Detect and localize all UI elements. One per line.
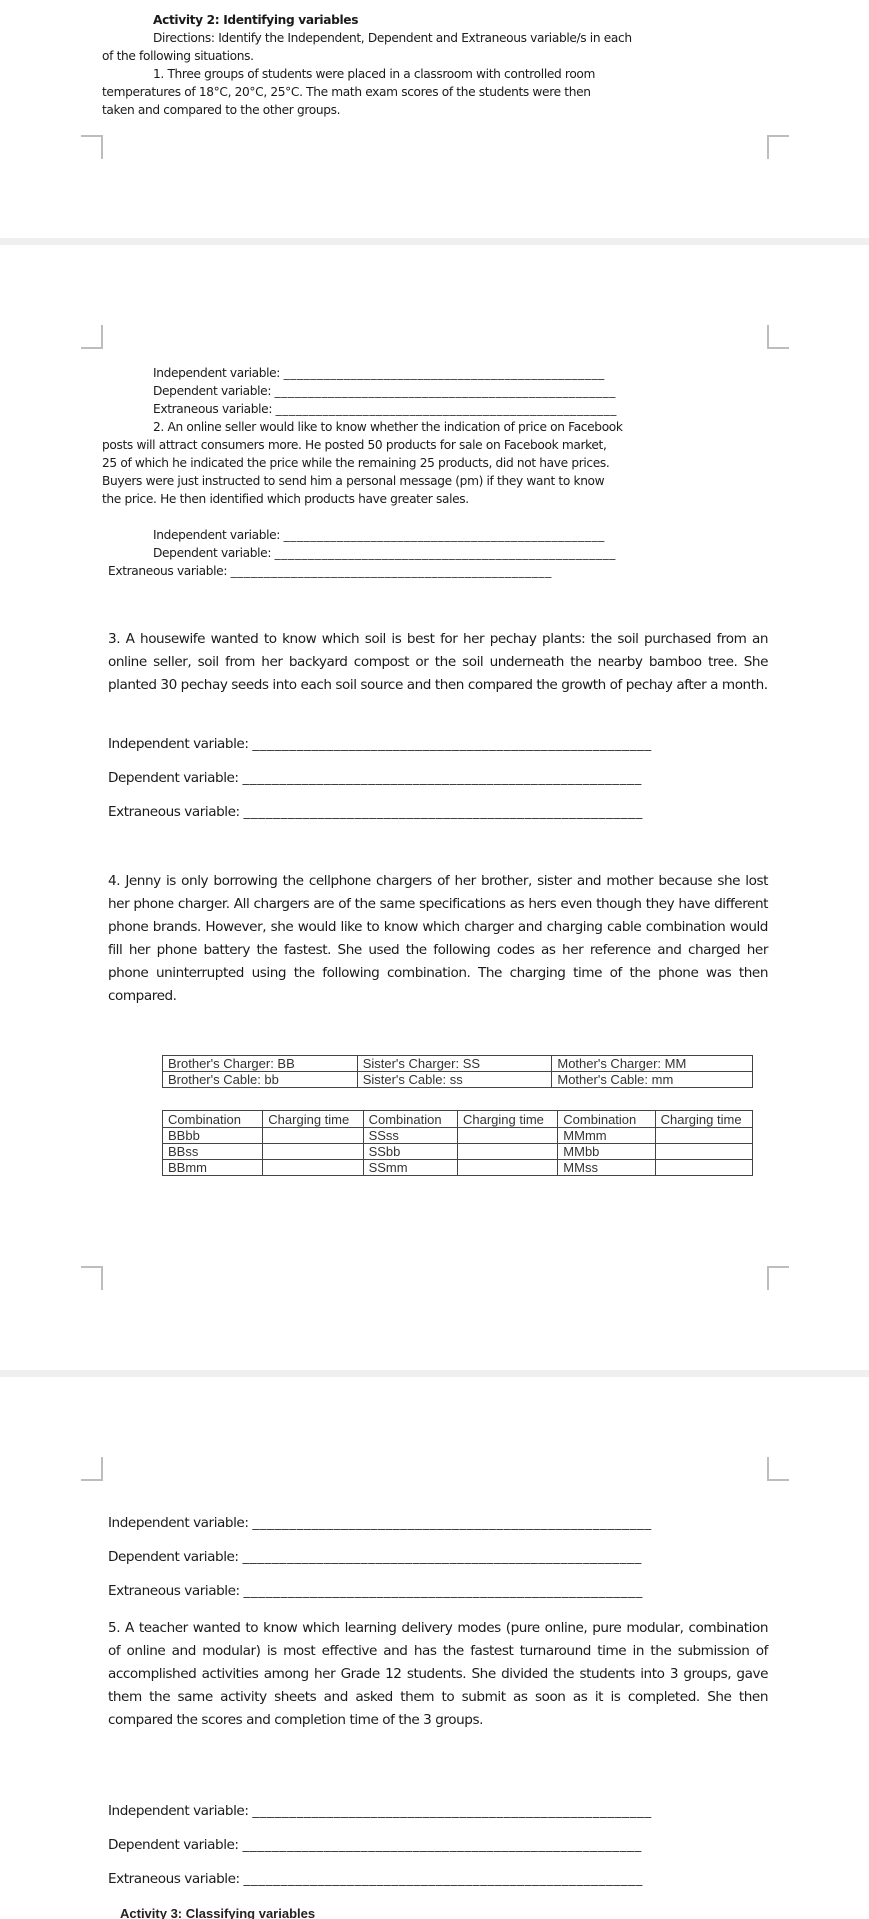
answer-blank[interactable]: ________________________________________… <box>252 1800 651 1823</box>
page-corner-mark <box>767 325 789 349</box>
q1-extraneous-field[interactable]: Extraneous variable: ___________________… <box>153 400 617 418</box>
answer-blank[interactable]: ________________________________________… <box>244 1868 643 1891</box>
extraneous-label: Extraneous variable: <box>108 804 240 820</box>
q2-line2: posts will attract consumers more. He po… <box>102 436 607 454</box>
charging-time-cell[interactable] <box>263 1128 363 1144</box>
q1-line1: 1. Three groups of students were placed … <box>153 65 595 83</box>
column-header: Combination <box>163 1111 263 1128</box>
page-corner-mark <box>81 1266 103 1290</box>
q2-line3: 25 of which he indicated the price while… <box>102 454 609 472</box>
charging-time-cell[interactable] <box>457 1160 557 1176</box>
answer-blank[interactable]: ________________________________________… <box>275 382 616 400</box>
q2-independent-field[interactable]: Independent variable: __________________… <box>153 526 605 544</box>
answer-blank[interactable]: ________________________________________… <box>244 1580 643 1603</box>
page-corner-mark <box>81 135 103 159</box>
dependent-label: Dependent variable: <box>153 384 271 398</box>
extraneous-label: Extraneous variable: <box>108 1583 240 1599</box>
extraneous-label: Extraneous variable: <box>153 402 272 416</box>
q5-dependent-field[interactable]: Dependent variable: ____________________… <box>108 1834 642 1857</box>
charging-time-cell[interactable] <box>655 1160 752 1176</box>
combination-cell: MMbb <box>558 1144 655 1160</box>
table-row: BBssSSbbMMbb <box>163 1144 753 1160</box>
combination-cell: MMss <box>558 1160 655 1176</box>
independent-label: Independent variable: <box>108 1803 248 1819</box>
answer-blank[interactable]: ________________________________________… <box>242 1546 641 1569</box>
charger-codes-table: Brother's Charger: BBSister's Charger: S… <box>162 1055 753 1088</box>
page-corner-mark <box>767 1266 789 1290</box>
charging-time-cell[interactable] <box>457 1144 557 1160</box>
q2-extraneous-field[interactable]: Extraneous variable: ___________________… <box>108 562 552 580</box>
answer-blank[interactable]: ________________________________________… <box>276 400 617 418</box>
extraneous-label: Extraneous variable: <box>108 1871 240 1887</box>
dependent-label: Dependent variable: <box>108 1837 239 1853</box>
q4-independent-field[interactable]: Independent variable: __________________… <box>108 1512 652 1535</box>
table-cell: Mother's Cable: mm <box>552 1072 753 1088</box>
charging-time-cell[interactable] <box>263 1144 363 1160</box>
answer-blank[interactable]: ________________________________________… <box>275 544 616 562</box>
activity3-title: Activity 3: Classifying variables <box>120 1906 315 1919</box>
answer-blank[interactable]: ________________________________________… <box>242 767 641 790</box>
q3-independent-field[interactable]: Independent variable: __________________… <box>108 733 652 756</box>
q2-line4: Buyers were just instructed to send him … <box>102 472 604 490</box>
combination-cell: SSss <box>363 1128 457 1144</box>
charging-time-cell[interactable] <box>655 1128 752 1144</box>
answer-blank[interactable]: ________________________________________… <box>252 733 651 756</box>
table-cell: Brother's Cable: bb <box>163 1072 358 1088</box>
page-break <box>0 1370 869 1377</box>
dependent-label: Dependent variable: <box>108 770 239 786</box>
answer-blank[interactable]: ________________________________________… <box>284 526 605 544</box>
charging-time-cell[interactable] <box>263 1160 363 1176</box>
page-corner-mark <box>81 325 103 349</box>
directions-line2: of the following situations. <box>102 47 254 65</box>
table-cell: Brother's Charger: BB <box>163 1056 358 1072</box>
independent-label: Independent variable: <box>108 736 248 752</box>
q5-independent-field[interactable]: Independent variable: __________________… <box>108 1800 652 1823</box>
activity2-title: Activity 2: Identifying variables <box>153 11 358 29</box>
answer-blank[interactable]: ________________________________________… <box>242 1834 641 1857</box>
dependent-label: Dependent variable: <box>108 1549 239 1565</box>
q5-text: 5. A teacher wanted to know which learni… <box>108 1617 768 1732</box>
combination-cell: BBss <box>163 1144 263 1160</box>
combination-cell: SSbb <box>363 1144 457 1160</box>
charging-time-cell[interactable] <box>457 1128 557 1144</box>
table-cell: Mother's Charger: MM <box>552 1056 753 1072</box>
column-header: Combination <box>363 1111 457 1128</box>
charging-time-cell[interactable] <box>655 1144 752 1160</box>
table-row: BBmmSSmmMMss <box>163 1160 753 1176</box>
table-cell: Sister's Charger: SS <box>357 1056 552 1072</box>
page-corner-mark <box>767 135 789 159</box>
q2-line5: the price. He then identified which prod… <box>102 490 469 508</box>
page-corner-mark <box>81 1457 103 1481</box>
answer-blank[interactable]: ________________________________________… <box>231 562 552 580</box>
q1-independent-field[interactable]: Independent variable: __________________… <box>153 364 605 382</box>
page-break <box>0 238 869 245</box>
q3-extraneous-field[interactable]: Extraneous variable: ___________________… <box>108 801 643 824</box>
q3-dependent-field[interactable]: Dependent variable: ____________________… <box>108 767 642 790</box>
independent-label: Independent variable: <box>153 528 280 542</box>
directions-line1: Directions: Identify the Independent, De… <box>153 29 632 47</box>
table-row: Brother's Charger: BBSister's Charger: S… <box>163 1056 753 1072</box>
dependent-label: Dependent variable: <box>153 546 271 560</box>
column-header: Charging time <box>457 1111 557 1128</box>
answer-blank[interactable]: ________________________________________… <box>252 1512 651 1535</box>
answer-blank[interactable]: ________________________________________… <box>284 364 605 382</box>
independent-label: Independent variable: <box>153 366 280 380</box>
q1-line3: taken and compared to the other groups. <box>102 101 340 119</box>
q2-dependent-field[interactable]: Dependent variable: ____________________… <box>153 544 616 562</box>
independent-label: Independent variable: <box>108 1515 248 1531</box>
q4-text: 4. Jenny is only borrowing the cellphone… <box>108 870 768 1008</box>
q1-dependent-field[interactable]: Dependent variable: ____________________… <box>153 382 616 400</box>
column-header: Charging time <box>655 1111 752 1128</box>
table-row: BBbbSSssMMmm <box>163 1128 753 1144</box>
q1-line2: temperatures of 18°C, 20°C, 25°C. The ma… <box>102 83 591 101</box>
q4-dependent-field[interactable]: Dependent variable: ____________________… <box>108 1546 642 1569</box>
combination-cell: BBbb <box>163 1128 263 1144</box>
extraneous-label: Extraneous variable: <box>108 564 227 578</box>
combination-cell: BBmm <box>163 1160 263 1176</box>
table-header-row: CombinationCharging timeCombinationCharg… <box>163 1111 753 1128</box>
column-header: Combination <box>558 1111 655 1128</box>
q4-extraneous-field[interactable]: Extraneous variable: ___________________… <box>108 1580 643 1603</box>
table-cell: Sister's Cable: ss <box>357 1072 552 1088</box>
column-header: Charging time <box>263 1111 363 1128</box>
combination-table: CombinationCharging timeCombinationCharg… <box>162 1110 753 1176</box>
combination-cell: SSmm <box>363 1160 457 1176</box>
table-row: Brother's Cable: bbSister's Cable: ssMot… <box>163 1072 753 1088</box>
combination-cell: MMmm <box>558 1128 655 1144</box>
answer-blank[interactable]: ________________________________________… <box>244 801 643 824</box>
page-corner-mark <box>767 1457 789 1481</box>
q5-extraneous-field[interactable]: Extraneous variable: ___________________… <box>108 1868 643 1891</box>
q2-line1: 2. An online seller would like to know w… <box>153 418 623 436</box>
q3-text: 3. A housewife wanted to know which soil… <box>108 628 768 697</box>
